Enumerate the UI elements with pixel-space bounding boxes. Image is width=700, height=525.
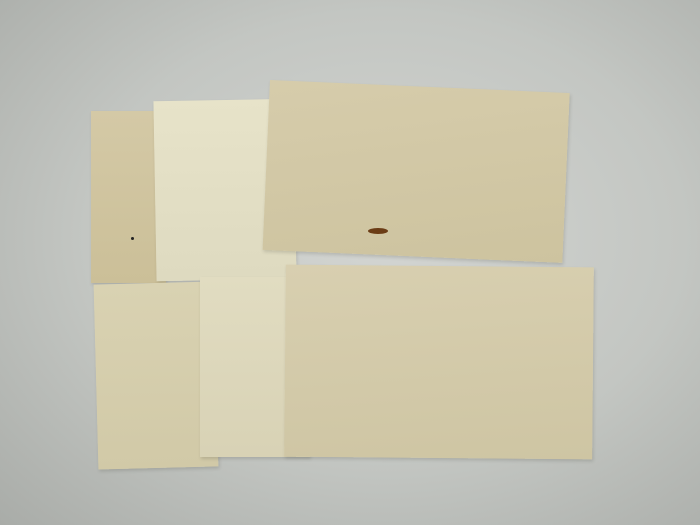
paper-sheet-lower-right — [284, 265, 594, 460]
ink-dot — [131, 237, 134, 240]
ink-stain — [368, 228, 388, 234]
paper-sheet-top — [263, 80, 570, 263]
